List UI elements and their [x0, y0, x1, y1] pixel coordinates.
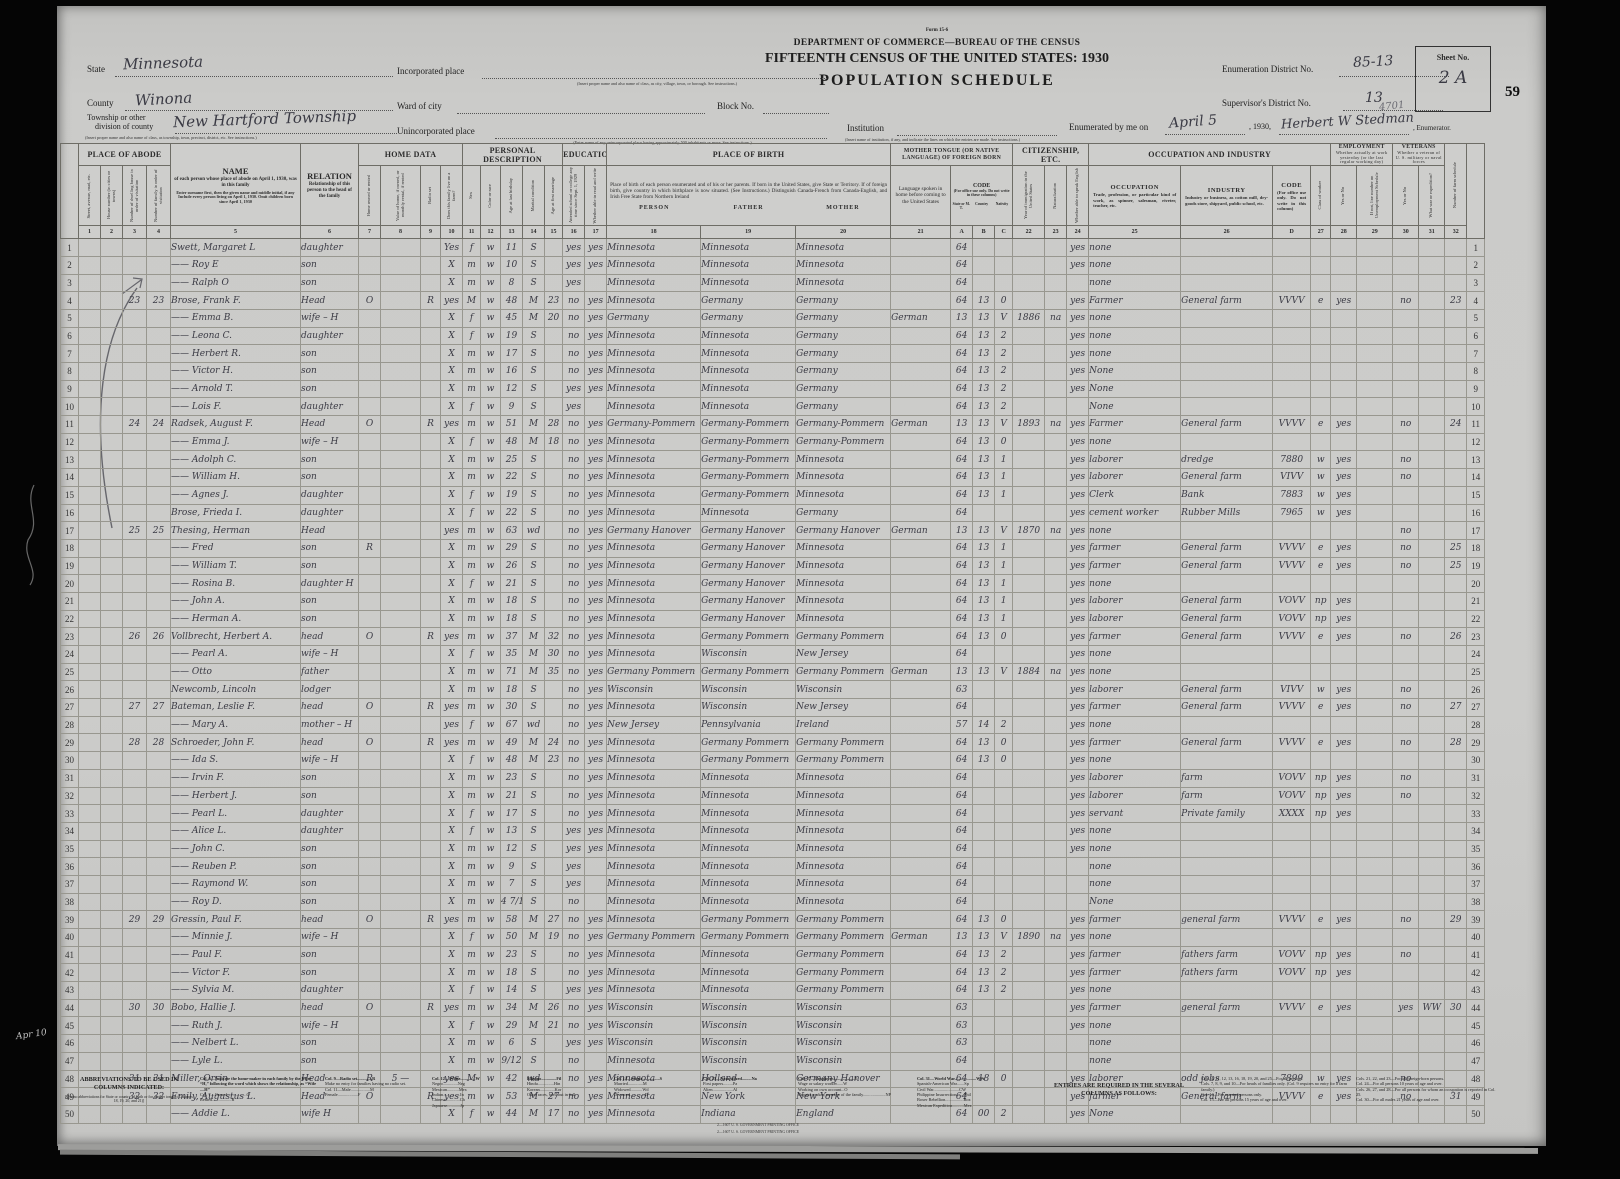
- cell: VVVV: [1273, 539, 1311, 557]
- cell: [1045, 1035, 1067, 1053]
- cell: [1331, 1035, 1357, 1053]
- cell: [1331, 398, 1357, 416]
- cell: [1445, 274, 1467, 292]
- cell: [891, 858, 951, 876]
- cell: wd: [523, 522, 545, 540]
- line-number: 6: [1467, 327, 1485, 345]
- cell: Germany: [796, 309, 891, 327]
- township-note: (Insert proper name and also name of cla…: [85, 136, 385, 141]
- cell: 22: [501, 469, 523, 487]
- cell: Germany: [796, 380, 891, 398]
- cell: [359, 1017, 381, 1035]
- line-number: 32: [61, 787, 79, 805]
- cell: w: [481, 522, 501, 540]
- cell: New Jersey: [607, 716, 701, 734]
- cell: [421, 557, 441, 575]
- entries-block: Cols. 4, 11, 12, 13, 16, 18, 19, 20, and…: [1201, 1076, 1349, 1108]
- cell: [381, 274, 421, 292]
- cell: 64: [951, 752, 973, 770]
- line-number: 36: [61, 858, 79, 876]
- abbreviation-block: Col. 31—World War....................WWS…: [917, 1076, 1037, 1108]
- cell: Minnesota: [701, 239, 796, 257]
- cell: [545, 681, 563, 699]
- cell: [1393, 345, 1419, 363]
- cell: m: [463, 1052, 481, 1070]
- cell: [381, 699, 421, 717]
- cell: [79, 416, 101, 434]
- cell: S: [523, 557, 545, 575]
- cell: w: [481, 469, 501, 487]
- cell: [891, 734, 951, 752]
- cell: [101, 893, 123, 911]
- cell: [1357, 486, 1393, 504]
- cell: 64: [951, 699, 973, 717]
- cell: S: [523, 504, 545, 522]
- cell: [79, 345, 101, 363]
- line-number: 33: [61, 805, 79, 823]
- cell: f: [463, 575, 481, 593]
- cell: —— Herbert J.: [171, 787, 301, 805]
- cell: [101, 239, 123, 257]
- cell: [545, 557, 563, 575]
- cell: yes: [1331, 699, 1357, 717]
- cell: [1445, 1052, 1467, 1070]
- cell: [147, 929, 171, 947]
- column-header: House number (in cities or towns): [101, 166, 123, 226]
- table-row: 28—— Mary A.mother – Hyesfw67wdnoyesNew …: [61, 716, 1485, 734]
- cell: [79, 858, 101, 876]
- cell: [973, 1017, 995, 1035]
- cell: [973, 699, 995, 717]
- cell: [123, 769, 147, 787]
- cell: w: [481, 557, 501, 575]
- cell: [421, 663, 441, 681]
- cell: f: [463, 929, 481, 947]
- cell: m: [463, 946, 481, 964]
- cell: w: [481, 681, 501, 699]
- cell: [1419, 239, 1445, 257]
- cell: [891, 752, 951, 770]
- cell: [1445, 469, 1467, 487]
- line-number: 32: [1467, 787, 1485, 805]
- cell: [79, 610, 101, 628]
- cell: —— John C.: [171, 840, 301, 858]
- cell: [1311, 663, 1331, 681]
- cell: [1181, 1017, 1273, 1035]
- line-number: 31: [61, 769, 79, 787]
- cell: [585, 398, 607, 416]
- cell: Swett, Margaret L: [171, 239, 301, 257]
- cell: [359, 309, 381, 327]
- cell: [421, 327, 441, 345]
- cell: [891, 1035, 951, 1053]
- cell: no: [563, 363, 585, 381]
- cell: 64: [951, 822, 973, 840]
- cell: [381, 663, 421, 681]
- cell: German: [891, 522, 951, 540]
- line-number: 1: [1467, 239, 1485, 257]
- table-row: 7—— Herbert R.sonXmw17SnoyesMinnesotaMin…: [61, 345, 1485, 363]
- cell: 13: [951, 929, 973, 947]
- cell: 21: [501, 787, 523, 805]
- column-header: 16: [563, 226, 585, 239]
- cell: [1393, 433, 1419, 451]
- cell: [101, 504, 123, 522]
- cell: Germany-Pommern: [701, 469, 796, 487]
- cell: [101, 646, 123, 664]
- cell: 1: [995, 451, 1013, 469]
- cell: Germany-Pommern: [796, 433, 891, 451]
- cell: yes: [1067, 964, 1089, 982]
- cell: f: [463, 646, 481, 664]
- cell: [1419, 716, 1445, 734]
- cell: [1393, 363, 1419, 381]
- cell: yes: [1067, 646, 1089, 664]
- cell: Wisconsin: [701, 1017, 796, 1035]
- cell: 64: [951, 345, 973, 363]
- cell: [359, 681, 381, 699]
- cell: Germany: [796, 504, 891, 522]
- cell: [1045, 699, 1067, 717]
- cell: [1445, 663, 1467, 681]
- cell: VOVV: [1273, 769, 1311, 787]
- cell: [545, 256, 563, 274]
- cell: [79, 292, 101, 310]
- cell: yes: [585, 575, 607, 593]
- cell: 30: [1445, 999, 1467, 1017]
- township-line: [175, 132, 397, 134]
- cell: [1273, 327, 1311, 345]
- cell: head: [301, 911, 359, 929]
- cell: w: [481, 309, 501, 327]
- cell: no: [563, 416, 585, 434]
- cell: no: [563, 787, 585, 805]
- cell: 25: [501, 451, 523, 469]
- cell: [79, 557, 101, 575]
- table-row: 42323Brose, Frank F.HeadORyesMw48M23noye…: [61, 292, 1485, 310]
- cell: [1445, 716, 1467, 734]
- cell: yes: [585, 469, 607, 487]
- cell: [1419, 380, 1445, 398]
- cell: [421, 716, 441, 734]
- cell: 64: [951, 1052, 973, 1070]
- line-number: 20: [1467, 575, 1485, 593]
- cell: [147, 610, 171, 628]
- cell: no: [1393, 734, 1419, 752]
- cell: Minnesota: [607, 345, 701, 363]
- cell: 1: [995, 469, 1013, 487]
- state-value: Minnesota: [123, 53, 204, 74]
- cell: [359, 327, 381, 345]
- cell: 13: [973, 929, 995, 947]
- cell: [123, 309, 147, 327]
- cell: 50: [501, 929, 523, 947]
- cell: Germany Hanover: [796, 522, 891, 540]
- cell: [1419, 858, 1445, 876]
- table-row: 43—— Sylvia M.daughterXfw14SyesyesMinnes…: [61, 982, 1485, 1000]
- cell: [359, 982, 381, 1000]
- cell: yes: [441, 416, 463, 434]
- cell: daughter: [301, 239, 359, 257]
- cell: 28: [147, 734, 171, 752]
- cell: f: [463, 309, 481, 327]
- cell: [1445, 451, 1467, 469]
- table-row: 3—— Ralph OsonXmw8SyesMinnesotaMinnesota…: [61, 274, 1485, 292]
- cell: Thesing, Herman: [171, 522, 301, 540]
- cell: [1393, 875, 1419, 893]
- cell: [147, 769, 171, 787]
- cell: Minnesota: [607, 433, 701, 451]
- cell: [1273, 363, 1311, 381]
- cell: [545, 327, 563, 345]
- cell: [1419, 911, 1445, 929]
- cell: 64: [951, 274, 973, 292]
- cell: X: [441, 822, 463, 840]
- cell: no: [563, 929, 585, 947]
- cell: [1045, 327, 1067, 345]
- cell: [1357, 292, 1393, 310]
- cell: [1013, 433, 1045, 451]
- cell: [1273, 1017, 1311, 1035]
- cell: [1445, 592, 1467, 610]
- line-number: 5: [1467, 309, 1485, 327]
- cell: [1419, 274, 1445, 292]
- line-number: 46: [61, 1035, 79, 1053]
- cell: f: [463, 716, 481, 734]
- cell: Germany Pommern: [607, 663, 701, 681]
- cell: [123, 646, 147, 664]
- cell: [1445, 1035, 1467, 1053]
- cell: [79, 911, 101, 929]
- cell: w: [481, 646, 501, 664]
- cell: [891, 999, 951, 1017]
- cell: laborer: [1089, 769, 1181, 787]
- column-header: Marital condition: [523, 166, 545, 226]
- cell: [1331, 522, 1357, 540]
- sheet-value: 2 A: [1416, 68, 1490, 88]
- cell: Minnesota: [701, 380, 796, 398]
- column-header: Whether able to speak English: [1067, 166, 1089, 226]
- cell: [1419, 592, 1445, 610]
- cell: [359, 946, 381, 964]
- cell: f: [463, 752, 481, 770]
- cell: [359, 433, 381, 451]
- column-header: Street, avenue, road, etc.: [79, 166, 101, 226]
- cell: [545, 982, 563, 1000]
- cell: [1311, 982, 1331, 1000]
- cell: [1181, 663, 1273, 681]
- cell: son: [301, 469, 359, 487]
- cell: no: [563, 557, 585, 575]
- cell: [123, 964, 147, 982]
- cell: [421, 239, 441, 257]
- cell: np: [1311, 610, 1331, 628]
- cell: 49: [501, 734, 523, 752]
- line-number: 3: [61, 274, 79, 292]
- cell: none: [1089, 858, 1181, 876]
- cell: 1870: [1013, 522, 1045, 540]
- cell: yes: [1067, 610, 1089, 628]
- cell: [1045, 769, 1067, 787]
- cell: [1013, 964, 1045, 982]
- cell: [1419, 946, 1445, 964]
- cell: [79, 309, 101, 327]
- enumerator-suffix: , Enumerator.: [1413, 124, 1451, 132]
- cell: [79, 1035, 101, 1053]
- cell: [381, 256, 421, 274]
- cell: 24: [545, 734, 563, 752]
- cell: [381, 486, 421, 504]
- cell: [381, 539, 421, 557]
- cell: [381, 805, 421, 823]
- cell: [147, 1017, 171, 1035]
- cell: yes: [1067, 822, 1089, 840]
- cell: yes: [1067, 380, 1089, 398]
- cell: yes: [563, 858, 585, 876]
- cell: Germany Hanover: [701, 575, 796, 593]
- cell: [545, 805, 563, 823]
- cell: [1013, 822, 1045, 840]
- cell: father: [301, 663, 359, 681]
- cell: yes: [1067, 752, 1089, 770]
- cell: 28: [123, 734, 147, 752]
- cell: VIVV: [1273, 681, 1311, 699]
- cell: X: [441, 433, 463, 451]
- cell: 13: [973, 964, 995, 982]
- cell: 18: [545, 433, 563, 451]
- cell: R: [421, 292, 441, 310]
- column-header: 4: [147, 226, 171, 239]
- cell: [1393, 504, 1419, 522]
- cell: X: [441, 1035, 463, 1053]
- cell: 48: [501, 433, 523, 451]
- cell: [1419, 1017, 1445, 1035]
- cell: [101, 380, 123, 398]
- cell: [79, 982, 101, 1000]
- enum-district-value: 85-13: [1353, 53, 1394, 71]
- cell: 27: [1445, 699, 1467, 717]
- cell: [421, 805, 441, 823]
- cell: [1045, 345, 1067, 363]
- cell: [1393, 663, 1419, 681]
- cell: [101, 769, 123, 787]
- cell: Minnesota: [701, 363, 796, 381]
- cell: m: [463, 539, 481, 557]
- cell: son: [301, 787, 359, 805]
- column-header: Radio set: [421, 166, 441, 226]
- cell: Wisconsin: [796, 1052, 891, 1070]
- cell: yes: [585, 522, 607, 540]
- cell: [891, 486, 951, 504]
- cell: [1445, 646, 1467, 664]
- cell: yes: [1067, 628, 1089, 646]
- cell: [101, 681, 123, 699]
- column-header: If not, line number on Unemployment Sche…: [1357, 166, 1393, 226]
- table-row: 40—— Minnie J.wife – HXfw50M19noyesGerma…: [61, 929, 1485, 947]
- cell: S: [523, 327, 545, 345]
- cell: 57: [951, 716, 973, 734]
- cell: 64: [951, 256, 973, 274]
- cell: Germany: [701, 309, 796, 327]
- cell: [1419, 929, 1445, 947]
- cell: [1045, 716, 1067, 734]
- cell: [359, 398, 381, 416]
- column-header: 15: [545, 226, 563, 239]
- cell: 1: [995, 610, 1013, 628]
- cell: 25: [123, 522, 147, 540]
- cell: farmer: [1089, 911, 1181, 929]
- cell: e: [1311, 628, 1331, 646]
- cell: [891, 699, 951, 717]
- column-header: Language spoken in home before coming to…: [891, 166, 951, 226]
- cell: [101, 628, 123, 646]
- line-number: 18: [1467, 539, 1485, 557]
- cell: [147, 1035, 171, 1053]
- cell: [1013, 716, 1045, 734]
- cell: 1884: [1013, 663, 1045, 681]
- cell: 13: [973, 946, 995, 964]
- cell: Minnesota: [607, 380, 701, 398]
- cell: [381, 964, 421, 982]
- cell: S: [523, 380, 545, 398]
- incorporated-label: Incorporated place: [397, 66, 464, 76]
- cell: 21: [545, 1017, 563, 1035]
- cell: X: [441, 486, 463, 504]
- cell: none: [1089, 875, 1181, 893]
- line-number: 25: [1467, 663, 1485, 681]
- column-header: Number of dwelling house in order of vis…: [123, 166, 147, 226]
- cell: S: [523, 964, 545, 982]
- cell: no: [1393, 416, 1419, 434]
- cell: 29: [1445, 911, 1467, 929]
- cell: [545, 716, 563, 734]
- cell: daughter: [301, 822, 359, 840]
- cell: no: [1393, 539, 1419, 557]
- cell: [79, 787, 101, 805]
- cell: 7883: [1273, 486, 1311, 504]
- cell: [1181, 716, 1273, 734]
- cell: [973, 787, 995, 805]
- cell: yes: [1331, 557, 1357, 575]
- cell: yes: [1331, 469, 1357, 487]
- cell: M: [523, 433, 545, 451]
- cell: [1393, 929, 1419, 947]
- cell: [1393, 327, 1419, 345]
- cell: yes: [1331, 946, 1357, 964]
- cell: [1357, 363, 1393, 381]
- cell: Schroeder, John F.: [171, 734, 301, 752]
- column-header: Yes or No: [1331, 166, 1357, 226]
- cell: [79, 752, 101, 770]
- cell: —— Reuben P.: [171, 858, 301, 876]
- cell: [1445, 504, 1467, 522]
- cell: Minnesota: [796, 858, 891, 876]
- cell: Minnesota: [796, 486, 891, 504]
- cell: [359, 557, 381, 575]
- column-header: Age at first marriage: [545, 166, 563, 226]
- cell: 64: [951, 239, 973, 257]
- column-header: 20: [796, 226, 891, 239]
- cell: [891, 504, 951, 522]
- cell: [123, 822, 147, 840]
- cell: S: [523, 1035, 545, 1053]
- line-number: 45: [1467, 1017, 1485, 1035]
- cell: e: [1311, 734, 1331, 752]
- table-row: 392929Gressin, Paul F.headORyesmw58M27no…: [61, 911, 1485, 929]
- cell: [1273, 982, 1311, 1000]
- cell: [79, 769, 101, 787]
- cell: none: [1089, 752, 1181, 770]
